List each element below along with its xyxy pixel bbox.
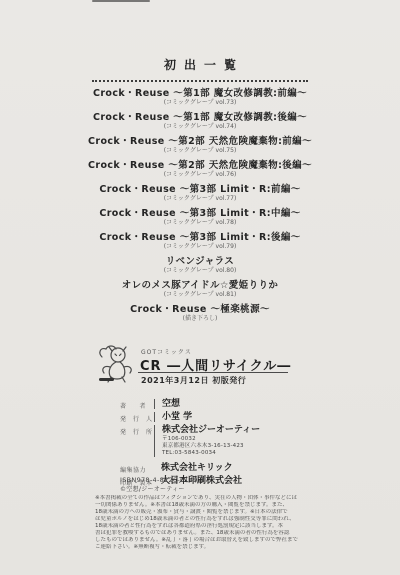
postal-code: 〒106-0032 <box>162 436 260 443</box>
chapter-title: Crock・Reuse 〜第1部 魔女改修調教:前編〜 <box>0 88 400 99</box>
list-item: リベンジャラス (コミックグレープ vol.80) <box>0 256 400 275</box>
chapter-title: Crock・Reuse 〜第2部 天然危険魔棄物:後編〜 <box>0 160 400 171</box>
list-item: Crock・Reuse 〜第3部 Limit・R:前編〜 (コミックグレープ v… <box>0 184 400 203</box>
chapter-title: Crock・Reuse 〜第1部 魔女改修調教:後編〜 <box>0 112 400 123</box>
chapter-source: (コミックグレープ vol.76) <box>0 171 400 179</box>
credit-label: 発 行 所 <box>120 425 154 436</box>
credit-value: 空想 <box>154 399 180 409</box>
isbn: ISBN978-4-8226-0149-1 <box>120 476 205 484</box>
credit-value: 小堂 学 <box>154 412 192 422</box>
list-item: Crock・Reuse 〜第2部 天然危険魔棄物:後編〜 (コミックグレープ v… <box>0 160 400 179</box>
chapter-source: (コミックグレープ vol.77) <box>0 195 400 203</box>
list-item: Crock・Reuse 〜第1部 魔女改修調教:前編〜 (コミックグレープ vo… <box>0 88 400 107</box>
chapter-title: Crock・Reuse 〜第3部 Limit・R:中編〜 <box>0 208 400 219</box>
chapter-source: (コミックグレープ vol.74) <box>0 123 400 131</box>
issue-date: 2021年3月12日 初版発行 <box>141 375 246 386</box>
chapter-source: (描き下ろし) <box>0 315 400 323</box>
list-item: Crock・Reuse 〜極楽桃源〜 (描き下ろし) <box>0 304 400 323</box>
credit-row-author: 著 者 空想 <box>120 399 320 410</box>
chapter-source: (コミックグレープ vol.81) <box>0 291 400 299</box>
chapter-source: (コミックグレープ vol.73) <box>0 99 400 107</box>
list-item: オレのメス豚アイドル☆愛姫りりか (コミックグレープ vol.81) <box>0 280 400 299</box>
dotted-divider <box>92 80 308 82</box>
disclaimer-line: 一切関係ありません。※本書は18歳未満の方の購入・閲覧を禁じます。また、 <box>95 502 321 509</box>
address-line: 東京都港区六本木3-16-13-423 <box>162 443 260 450</box>
list-item: Crock・Reuse 〜第2部 天然危険魔棄物:前編〜 (コミックグレープ v… <box>0 136 400 155</box>
copyright-line: ©空想/ジーオーティー <box>120 484 185 493</box>
chapter-title: Crock・Reuse 〜第2部 天然危険魔棄物:前編〜 <box>0 136 400 147</box>
first-publication-heading: 初出一覧 <box>0 56 400 73</box>
credit-row-editing: 編集協力 株式会社キリック <box>120 463 320 474</box>
scan-artifact <box>92 0 150 2</box>
title-rule <box>138 372 288 373</box>
credit-row-publisher: 発 行 所 株式会社ジーオーティー 〒106-0032 東京都港区六本木3-16… <box>120 425 320 457</box>
credit-label: 発 行 人 <box>120 412 154 423</box>
chapter-title: Crock・Reuse 〜第3部 Limit・R:前編〜 <box>0 184 400 195</box>
credit-label: 著 者 <box>120 399 154 410</box>
list-item: Crock・Reuse 〜第1部 魔女改修調教:後編〜 (コミックグレープ vo… <box>0 112 400 131</box>
list-item: Crock・Reuse 〜第3部 Limit・R:中編〜 (コミックグレープ v… <box>0 208 400 227</box>
disclaimer-line: 18歳未満の者と性行為をすれば各都道府県の淫行処罰規定に該当します。本 <box>95 523 321 530</box>
got-mascot-icon <box>96 343 136 389</box>
disclaimer-line: 18歳未満の方への販売・頒布・貸与・譲渡・閲覧を禁じます。※日本の法律で <box>95 509 321 516</box>
disclaimer-line: したものではありません。※乱丁・落丁の場合はお取替えを致しますので弊社まで <box>95 537 321 544</box>
chapter-title: リベンジャラス <box>0 256 400 267</box>
credit-value: 株式会社ジーオーティー 〒106-0032 東京都港区六本木3-16-13-42… <box>154 425 260 457</box>
credit-value: 株式会社キリック <box>154 463 233 473</box>
telephone: TEL:03-5843-0034 <box>162 450 260 457</box>
credit-label: 編集協力 <box>120 463 154 474</box>
chapter-source: (コミックグレープ vol.80) <box>0 267 400 275</box>
chapter-source: (コミックグレープ vol.75) <box>0 147 400 155</box>
chapter-title: Crock・Reuse 〜極楽桃源〜 <box>0 304 400 315</box>
chapter-title: オレのメス豚アイドル☆愛姫りりか <box>0 280 400 291</box>
chapter-source: (コミックグレープ vol.78) <box>0 219 400 227</box>
publisher-name: 株式会社ジーオーティー <box>162 425 260 435</box>
first-publication-list: 初出一覧 Crock・Reuse 〜第1部 魔女改修調教:前編〜 (コミックグレ… <box>0 56 400 328</box>
disclaimer-line: は児童ポルノをはじめ18歳未満の者との性行為をすれば強制性交等罪に問われ、 <box>95 516 321 523</box>
disclaimer-line: ご連絡下さい。※無断複写・転載を禁じます。 <box>95 544 321 551</box>
disclaimer-line: ※本書掲載の全ての作品はフィクションであり、実在の人物・団体・事件などには <box>95 495 321 502</box>
legal-disclaimer: ※本書掲載の全ての作品はフィクションであり、実在の人物・団体・事件などには 一切… <box>95 495 321 551</box>
chapter-title: Crock・Reuse 〜第3部 Limit・R:後編〜 <box>0 232 400 243</box>
disclaimer-line: 書は犯罪を教唆するものではありません。また、18歳未満の者の性行為を容認 <box>95 530 321 537</box>
colophon-page: 初出一覧 Crock・Reuse 〜第1部 魔女改修調教:前編〜 (コミックグレ… <box>0 0 400 575</box>
list-item: Crock・Reuse 〜第3部 Limit・R:後編〜 (コミックグレープ v… <box>0 232 400 251</box>
chapter-source: (コミックグレープ vol.79) <box>0 243 400 251</box>
decorative-dash <box>99 378 114 381</box>
credit-row-publisher-person: 発 行 人 小堂 学 <box>120 412 320 423</box>
publisher-address: 〒106-0032 東京都港区六本木3-16-13-423 TEL:03-584… <box>162 436 260 457</box>
